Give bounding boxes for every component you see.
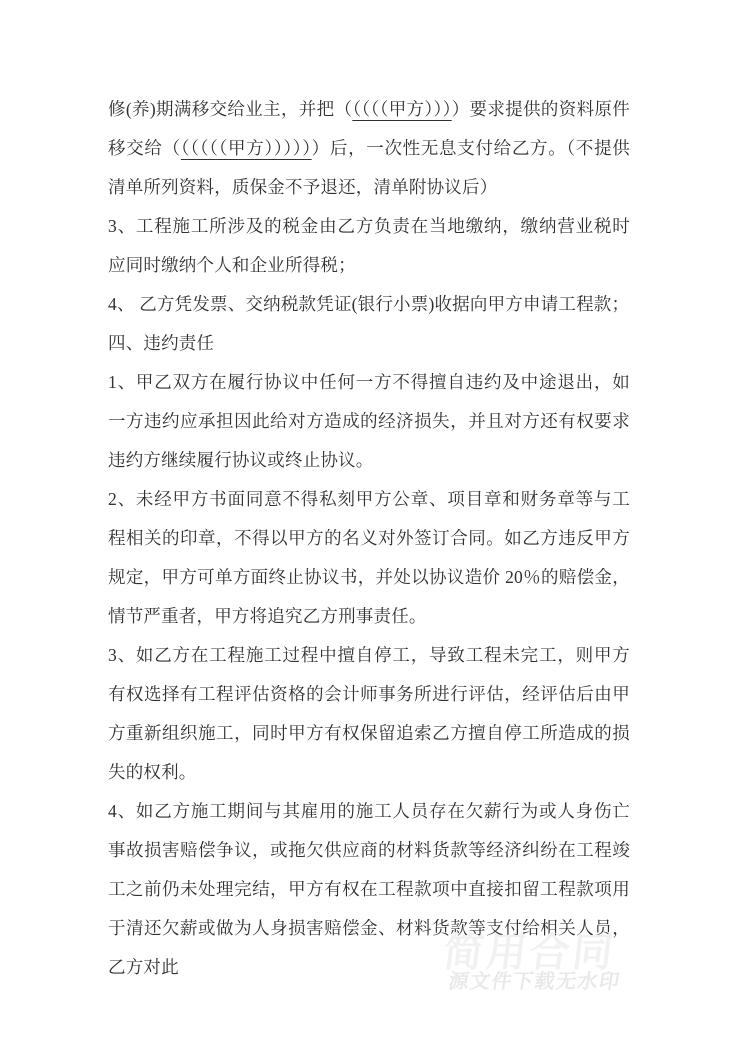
clause-breach-2: 2、未经甲方书面同意不得私刻甲方公章、项目章和财务章等与工程相关的印章，不得以甲…: [108, 480, 630, 636]
clause-breach-4: 4、如乙方施工期间与其雇用的施工人员存在欠薪行为或人身伤亡事故损害赔偿争议，或拖…: [108, 792, 630, 987]
party-a-fill-blank-2: （（（（（甲方）））））: [181, 138, 312, 158]
clause-quality-deposit: 修(养)期满移交给业主，并把（（（（（甲方））））要求提供的资料原件移交给（（（…: [108, 90, 630, 207]
clause-tax: 3、工程施工所涉及的税金由乙方负责在当地缴纳，缴纳营业税时应同时缴纳个人和企业所…: [108, 207, 630, 285]
contract-text-block: 修(养)期满移交给业主，并把（（（（（甲方））））要求提供的资料原件移交给（（（…: [108, 90, 630, 987]
clause-invoice: 4、 乙方凭发票、交纳税款凭证(银行小票)收据向甲方申请工程款；: [108, 285, 630, 324]
clause-segment: 修(养)期满移交给业主，并把（: [108, 99, 352, 119]
clause-breach-3: 3、如乙方在工程施工过程中擅自停工，导致工程未完工，则甲方有权选择有工程评估资格…: [108, 636, 630, 792]
contract-document-page: 修(养)期满移交给业主，并把（（（（（甲方））））要求提供的资料原件移交给（（（…: [0, 0, 742, 1049]
section-heading-breach-liability: 四、违约责任: [108, 324, 630, 363]
party-a-fill-blank-1: （（（（甲方）））: [352, 99, 451, 119]
clause-breach-1: 1、甲乙双方在履行协议中任何一方不得擅自违约及中途退出，如一方违约应承担因此给对…: [108, 363, 630, 480]
